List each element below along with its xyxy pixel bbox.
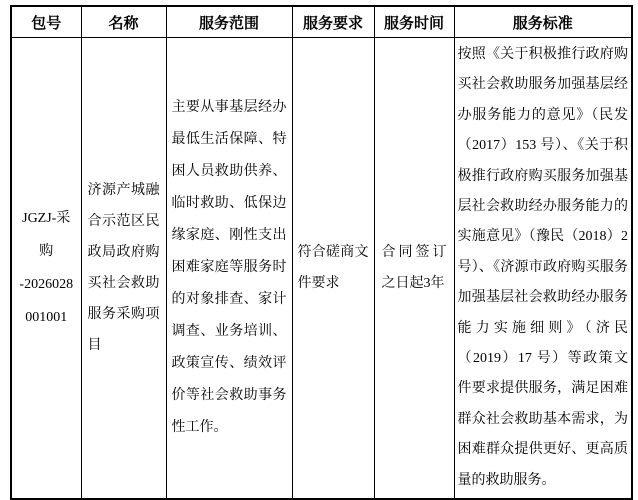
service-requirement-cell: 符合磋商文件要求: [292, 38, 374, 500]
service-scope-cell: 主要从事基层经办最低生活保障、特困人员救助供养、临时救助、低保边缘家庭、刚性支出…: [166, 38, 292, 500]
header-service-requirement: 服务要求: [292, 6, 374, 38]
header-service-time: 服务时间: [374, 6, 454, 38]
procurement-service-table: 包号 名称 服务范围 服务要求 服务时间 服务标准 JGZJ-采购 -20260…: [10, 5, 633, 500]
header-service-scope: 服务范围: [166, 6, 292, 38]
project-name-cell: 济源产城融合示范区民政局政府购买社会救助服务采购项目: [81, 38, 166, 500]
table-header-row: 包号 名称 服务范围 服务要求 服务时间 服务标准: [11, 6, 632, 38]
service-time-cell: 合同签订之日起3年: [374, 38, 454, 500]
package-no-cell: JGZJ-采购 -2026028 001001: [11, 38, 81, 500]
header-package-no: 包号: [11, 6, 81, 38]
service-standard-cell: 按照《关于积极推行政府购买社会救助服务加强基层经办服务能力的意见》（民发（201…: [454, 38, 632, 500]
header-service-standard: 服务标准: [454, 6, 632, 38]
table-row: JGZJ-采购 -2026028 001001 济源产城融合示范区民政局政府购买…: [11, 38, 632, 500]
header-name: 名称: [81, 6, 166, 38]
